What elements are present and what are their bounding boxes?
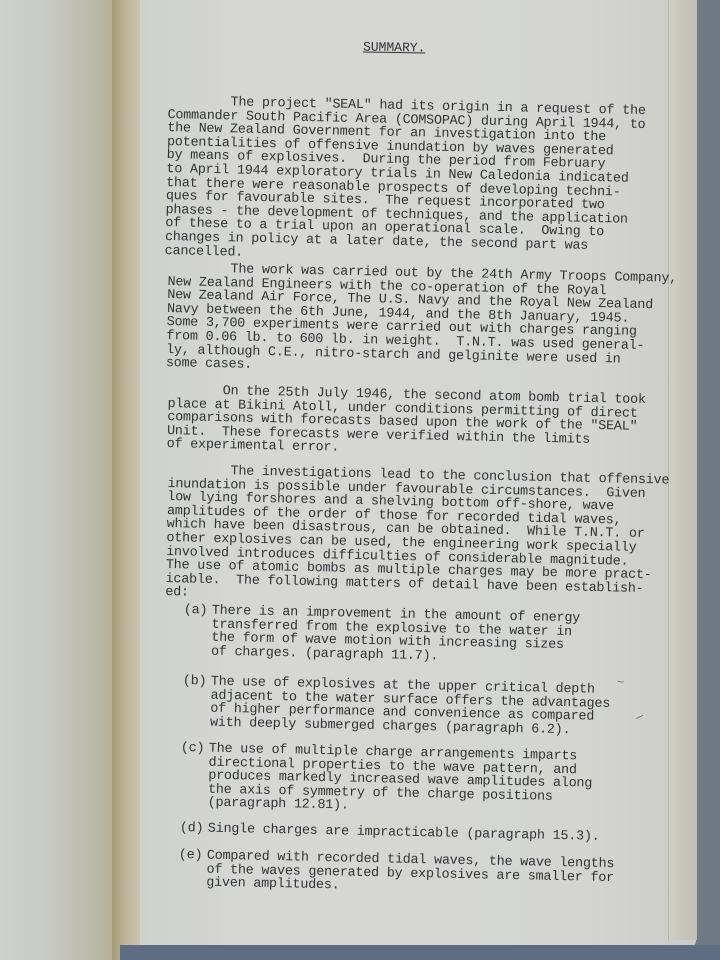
paragraph-bikini: On the 25th July 1946, the second atom b… (167, 384, 646, 462)
list-item-a: (a) There is an improvement in the amoun… (183, 604, 200, 645)
page-edge (668, 0, 697, 940)
item-text: Compared with recorded tidal waves, the … (206, 850, 614, 899)
list-item-b: (b) The use of explosives at the upper c… (182, 675, 199, 716)
item-label: (a) (184, 604, 208, 618)
list-item-c: (c) The use of multiple charge arrangeme… (180, 742, 197, 783)
item-label: (b) (183, 675, 207, 689)
item-label: (c) (181, 742, 205, 756)
item-label: (d) (180, 822, 204, 836)
paragraph-conclusion: The investigations lead to the conclusio… (165, 464, 669, 610)
item-text: The use of multiple charge arrangements … (208, 743, 593, 819)
item-text: There is an improvement in the amount of… (211, 605, 580, 667)
item-text: The use of explosives at the upper criti… (210, 676, 611, 739)
paragraph-origin: The project "SEAL" had its origin in a r… (165, 95, 646, 268)
background-surface (120, 945, 720, 960)
paragraph-work: The work was carried out by the 24th Arm… (166, 262, 677, 381)
list-item-e: (e) Compared with recorded tidal waves, … (178, 849, 195, 890)
item-label: (e) (179, 849, 203, 863)
left-page (0, 0, 120, 960)
document-title: SUMMARY. (363, 39, 426, 55)
pencil-mark: ~ (617, 676, 624, 690)
